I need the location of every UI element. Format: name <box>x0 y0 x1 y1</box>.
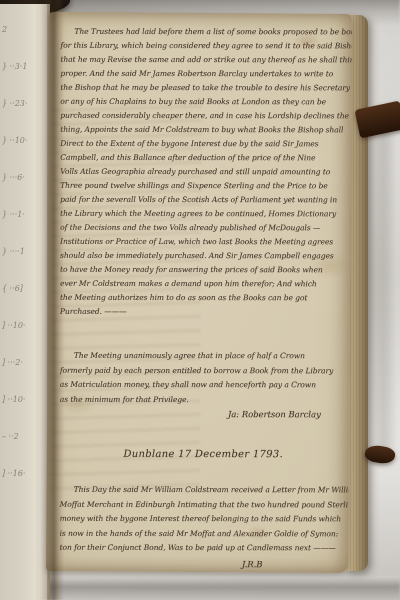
manuscript-line: the Library which the Meeting agrees to … <box>60 207 347 222</box>
manuscript-line: as Matriculation money, they shall now a… <box>60 378 347 393</box>
manuscript-line: purchased considerably cheaper there, an… <box>60 109 347 124</box>
minute-entry-matriculation-money: The Meeting unanimously agree that in pl… <box>60 349 347 408</box>
manuscript-line: paid for the severall Volls of the Scoti… <box>60 193 347 208</box>
signature-jrb-initials: J.R.B <box>59 557 346 572</box>
manuscript-line: Purchased. ——— <box>60 305 347 320</box>
manuscript-line: to have the Money ready for answering th… <box>60 263 347 278</box>
manuscript-line: of the Decisions and the two Volls alrea… <box>60 221 347 236</box>
manuscript-line: proper. And the said Mr James Robertson … <box>60 67 347 82</box>
manuscript-line: money with the bygone Interest thereof b… <box>60 512 347 527</box>
manuscript-line: Volls Atlas Geographia already purchased… <box>60 165 347 180</box>
manuscript-page: The Trustees had laid before them a list… <box>46 12 352 573</box>
book-gutter-crease <box>40 0 64 600</box>
minute-entry-moffat-letter: This Day the said Mr William Coldstream … <box>60 483 347 556</box>
manuscript-line: The Trustees had laid before them a list… <box>60 25 347 40</box>
manuscript-line: Three pound twelve shillings and Sixpenc… <box>60 179 347 194</box>
manuscript-line: as the minimum for that Privilege. <box>60 392 347 407</box>
manuscript-line: ever Mr Coldstream makes a demand upon h… <box>60 277 347 292</box>
manuscript-line: is now in the hands of the said Mr Moffa… <box>60 526 347 541</box>
manuscript-line: the Meeting authorizes him to do as soon… <box>60 291 347 306</box>
manuscript-line: the Bishop that he may be pleased to tak… <box>60 81 347 96</box>
manuscript-line: The Meeting unanimously agree that in pl… <box>60 349 347 364</box>
manuscript-line: Direct to the Extent of the bygone Inter… <box>60 137 347 152</box>
manuscript-line: for this Library, which being considered… <box>60 39 347 54</box>
entry-heading-dunblane-date: Dunblane 17 December 1793. <box>60 448 347 463</box>
manuscript-line: Campbell, and this Ballance after deduct… <box>60 151 347 166</box>
manuscript-photo: 2} ··3·1} ··23·} ··10·} ···6·} ···1·} ··… <box>0 0 400 600</box>
manuscript-line: ton for their Conjunct Bond, Was to be p… <box>60 541 347 556</box>
manuscript-line: or any of his Chaplains to buy the said … <box>60 95 347 110</box>
manuscript-line: should also be immediately purchased. An… <box>60 249 347 264</box>
manuscript-line: This Day the said Mr William Coldstream … <box>60 483 347 498</box>
manuscript-line: Institutions or Practice of Law, which t… <box>60 235 347 250</box>
minute-entry-library-books: The Trustees had laid before them a list… <box>60 25 348 320</box>
manuscript-text: The Trustees had laid before them a list… <box>59 25 347 572</box>
manuscript-line: thing, Appoints the said Mr Coldstream t… <box>60 123 347 138</box>
manuscript-line: Moffat Merchant in Edinburgh Intimating … <box>60 497 347 512</box>
manuscript-line: that he may Revise the same and add or s… <box>60 53 347 68</box>
signature-ja-robertson-barclay: Ja: Robertson Barclay <box>60 408 347 423</box>
manuscript-line: formerly paid by each person entitled to… <box>60 363 347 378</box>
